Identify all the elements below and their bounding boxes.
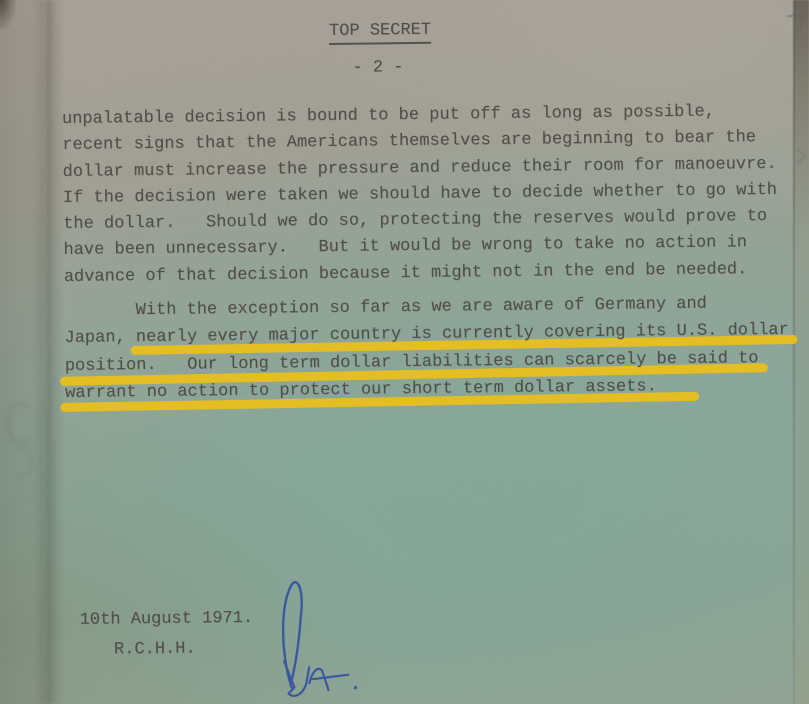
- date-line: 10th August 1971.: [80, 609, 254, 630]
- document-page: TOP SECRET - 2 - unpalatable decision is…: [0, 0, 809, 704]
- paragraph: unpalatable decision is bound to be put …: [62, 102, 788, 294]
- typed-content: TOP SECRET - 2 - unpalatable decision is…: [0, 0, 809, 704]
- paragraph: With the exception so far as we are awar…: [64, 294, 790, 412]
- page-number: - 2 -: [352, 58, 403, 78]
- text-segment: Japan,: [64, 329, 136, 349]
- signature-ink: [267, 566, 399, 702]
- text-segment: With the exception so far as we are awar…: [64, 295, 707, 321]
- author-initials: R.C.H.H.: [114, 639, 196, 659]
- classification-stamp: TOP SECRET: [329, 21, 431, 45]
- text-segment: unpalatable decision is bound to be put …: [62, 103, 715, 129]
- document-body: unpalatable decision is bound to be put …: [62, 102, 790, 412]
